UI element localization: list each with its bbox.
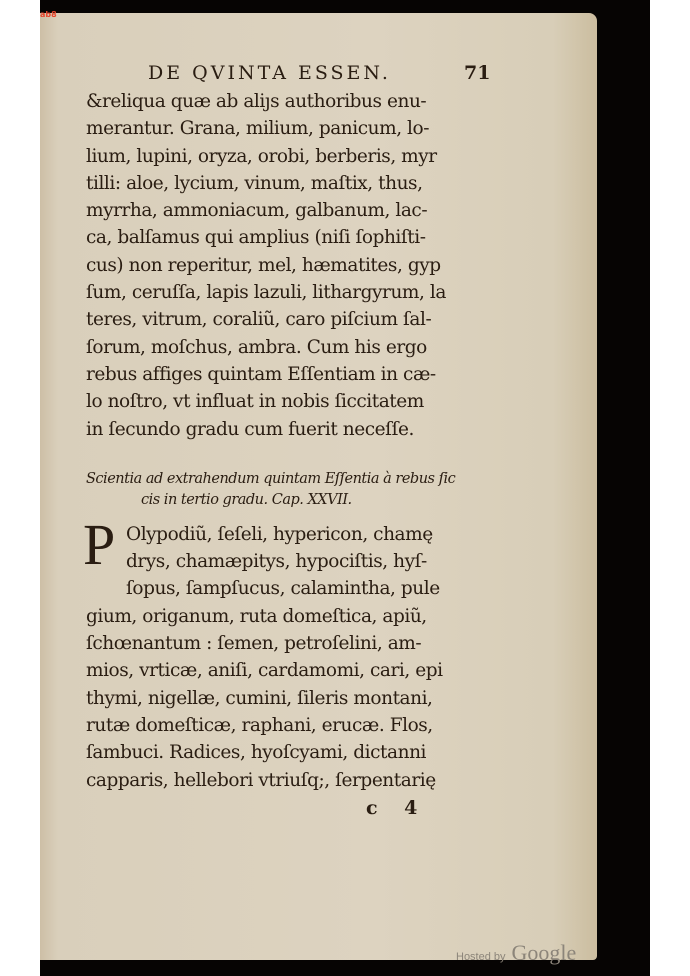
text-line: thymi, nigellæ, cumini, ſileris montani, (86, 685, 496, 712)
text-line: ſambuci. Radices, hyoſcyami, dictanni (86, 739, 496, 766)
text-line: ſchœnantum : ſemen, petroſelini, am- (86, 630, 496, 657)
text-line: cus) non reperitur, mel, hæmatites, gyp (86, 252, 496, 279)
chapter-heading-line: Scientia ad extrahendum quintam Eſſentia… (86, 469, 496, 490)
text-line: rutæ domeſticæ, raphani, erucæ. Flos, (86, 712, 496, 739)
signature-mark: c 4 (86, 794, 496, 822)
text-line: ſorum, moſchus, ambra. Cum his ergo (86, 334, 496, 361)
running-head-title: DE QVINTA ESSEN. (148, 62, 391, 84)
drop-cap: P (83, 515, 115, 575)
text-line: myrrha, ammoniacum, galbanum, lac- (86, 197, 496, 224)
text-line: in ſecundo gradu cum fuerit neceſſe. (86, 416, 496, 443)
text-line: ſum, ceruſſa, lapis lazuli, lithargyrum,… (86, 279, 496, 306)
text-line: gium, origanum, ruta domeſtica, apiũ, (86, 603, 496, 630)
page-number: 71 (464, 62, 490, 84)
text-line: teres, vitrum, coraliũ, caro piſcium ſal… (86, 306, 496, 333)
page-text: DE QVINTA ESSEN. 71 &reliqua quæ ab aliȷ… (86, 62, 496, 822)
text-line: lium, lupini, oryza, orobi, berberis, my… (86, 143, 496, 170)
text-line: mios, vrticæ, aniſi, cardamomi, cari, ep… (86, 657, 496, 684)
text-line: tilli: aloe, lycium, vinum, maſtix, thus… (86, 170, 496, 197)
text-line: ca, balſamus qui amplius (niſi ſophiſti- (86, 224, 496, 251)
text-line: Olypodiũ, ſeſeli, hypericon, chamę (86, 521, 496, 548)
google-logo-text: Google (512, 940, 577, 965)
scan-corner-mark: ab8 (40, 10, 57, 19)
hosted-by-google-watermark: Hosted by Google (456, 940, 576, 966)
text-line: ſopus, ſampſucus, calamintha, pule (86, 575, 496, 602)
paragraph-1: &reliqua quæ ab aliȷs authoribus enu- me… (86, 88, 496, 443)
chapter-heading-line: cis in tertio gradu. Cap. XXVII. (86, 490, 496, 511)
text-line: merantur. Grana, milium, panicum, lo- (86, 115, 496, 142)
text-line: drys, chamæpitys, hypociſtis, hyſ- (86, 548, 496, 575)
text-line: lo noſtro, vt influat in nobis ſiccitate… (86, 388, 496, 415)
paragraph-2: P Olypodiũ, ſeſeli, hypericon, chamę dry… (86, 521, 496, 794)
watermark-prefix: Hosted by (456, 951, 506, 963)
text-line: capparis, hellebori vtriuſq;, ſerpentari… (86, 767, 496, 794)
text-line: rebus affiges quintam Eſſentiam in cæ- (86, 361, 496, 388)
text-line: &reliqua quæ ab aliȷs authoribus enu- (86, 88, 496, 115)
running-head: DE QVINTA ESSEN. 71 (86, 62, 496, 88)
